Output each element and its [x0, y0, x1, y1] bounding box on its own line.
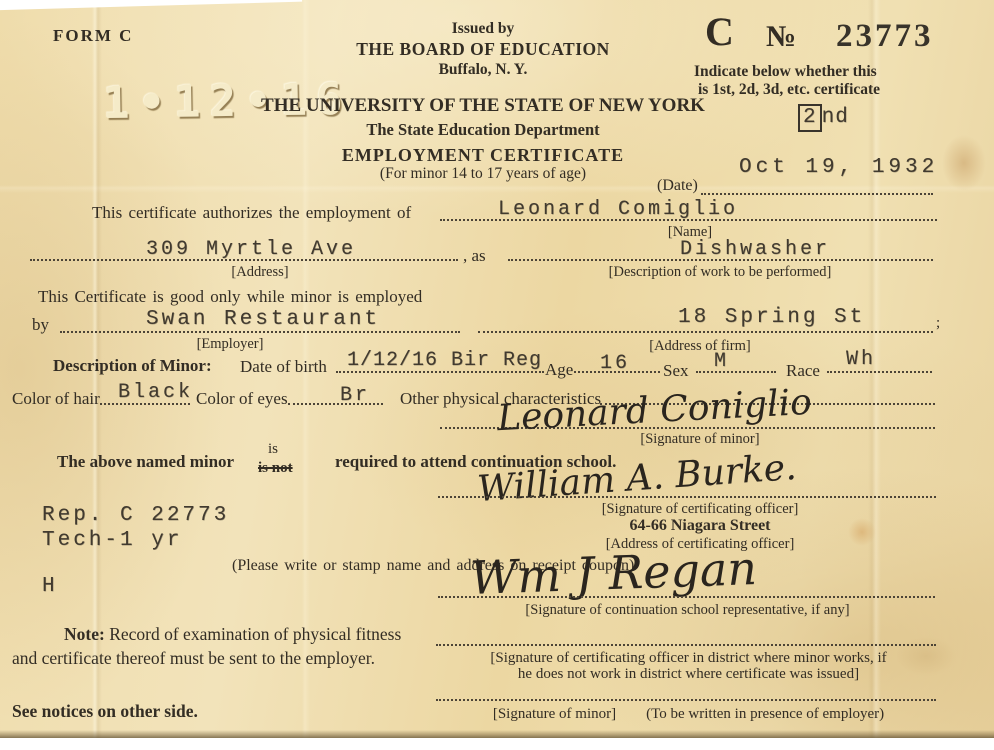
race-field-line	[827, 371, 932, 373]
firm-address-field-line	[478, 331, 933, 333]
address-field-label: [Address]	[170, 264, 350, 281]
indicate-instruction-line2: is 1st, 2d, 3d, etc. certificate	[698, 81, 880, 99]
minor-section-label: Description of Minor:	[53, 356, 212, 376]
ordinal-boxed-digit: 2	[798, 104, 822, 132]
continuation-rep-signature-line	[438, 596, 935, 598]
option-is-not-struck: is not	[258, 460, 293, 477]
district-officer-label-line2: he does not work in district where certi…	[436, 666, 941, 683]
eyes-label: Color of eyes	[196, 389, 288, 409]
race-value: Wh	[846, 348, 876, 371]
date-value: Oct 19, 1932	[739, 156, 938, 179]
date-label: (Date)	[657, 177, 698, 195]
address-field-line	[30, 259, 458, 261]
series-letter: C	[705, 12, 734, 52]
board-of-education-line: THE BOARD OF EDUCATION	[218, 39, 748, 60]
work-description-value: Dishwasher	[680, 238, 830, 261]
indicate-instruction-line1: Indicate below whether this	[694, 63, 877, 81]
tech-annotation: Tech-1 yr	[42, 529, 182, 552]
note-label: Note:	[64, 624, 105, 644]
dob-value: 1/12/16 Bir Reg	[347, 349, 542, 372]
employer-field-label: [Employer]	[135, 336, 325, 353]
date-field-line	[701, 193, 933, 195]
certificate-paper: FORM C 1•12•16 Issued by THE BOARD OF ED…	[0, 0, 994, 738]
note-block: Note: Record of examination of physical …	[12, 622, 417, 670]
certificate-title: EMPLOYMENT CERTIFICATE	[218, 145, 748, 166]
sex-value: M	[714, 350, 729, 373]
number-sign: №	[766, 20, 796, 54]
option-is: is	[268, 441, 278, 458]
minor-name-value: Leonard Comiglio	[498, 198, 738, 221]
officer-signature-line	[438, 496, 936, 498]
employer-presence-signature-line	[436, 699, 936, 701]
race-label: Race	[786, 361, 820, 381]
age-value: 16	[600, 352, 630, 375]
sex-field-line	[696, 371, 776, 373]
paper-stain	[942, 135, 986, 191]
eyes-value: Br	[340, 384, 370, 407]
officer-signature-label: [Signature of certificating officer]	[560, 501, 840, 518]
age-label: Age	[545, 360, 573, 380]
by-text: by	[32, 315, 49, 335]
certificate-number: 23773	[836, 18, 934, 54]
district-officer-label-line1: [Signature of certificating officer in d…	[436, 650, 941, 667]
officer-address: 64-66 Niagara Street	[560, 517, 840, 535]
hair-label: Color of hair	[12, 389, 100, 409]
rep-annotation: Rep. C 22773	[42, 504, 229, 527]
employer-presence-label-row: [Signature of minor] (To be written in p…	[436, 706, 941, 723]
issued-by-line: Issued by	[218, 20, 748, 38]
minor-signature-label-bottom: [Signature of minor]	[493, 706, 616, 723]
minor-address-value: 309 Myrtle Ave	[146, 238, 356, 261]
as-text: , as	[463, 246, 486, 266]
paper-stain	[848, 518, 876, 546]
h-mark: H	[42, 575, 58, 598]
sex-label: Sex	[663, 361, 689, 381]
ordinal-suffix: nd	[822, 106, 849, 129]
form-label: FORM C	[53, 26, 133, 46]
firm-address-value: 18 Spring St	[678, 306, 865, 329]
minor-signature-label: [Signature of minor]	[585, 431, 815, 448]
work-field-label: [Description of work to be performed]	[545, 264, 895, 281]
above-named-prefix: The above named minor	[57, 452, 234, 472]
district-officer-signature-line	[436, 644, 936, 646]
continuation-rep-signature-label: [Signature of continuation school repres…	[450, 602, 925, 619]
good-only-text: This Certificate is good only while mino…	[38, 287, 422, 307]
stray-mark: ;	[936, 315, 940, 332]
hair-value: Black	[118, 381, 193, 404]
city-line: Buffalo, N. Y.	[218, 61, 748, 79]
dob-label: Date of birth	[240, 357, 327, 377]
employer-value: Swan Restaurant	[146, 308, 380, 331]
presence-note: (To be written in presence of employer)	[646, 706, 884, 723]
department-line: The State Education Department	[218, 120, 748, 140]
employer-field-line	[60, 331, 460, 333]
see-notices-text: See notices on other side.	[12, 701, 198, 722]
authorizes-text: This certificate authorizes the employme…	[92, 203, 411, 223]
certificate-ordinal: 2nd	[798, 106, 849, 129]
scan-edge-top-left	[0, 0, 302, 10]
university-line: THE UNIVERSITY OF THE STATE OF NEW YORK	[218, 95, 748, 117]
